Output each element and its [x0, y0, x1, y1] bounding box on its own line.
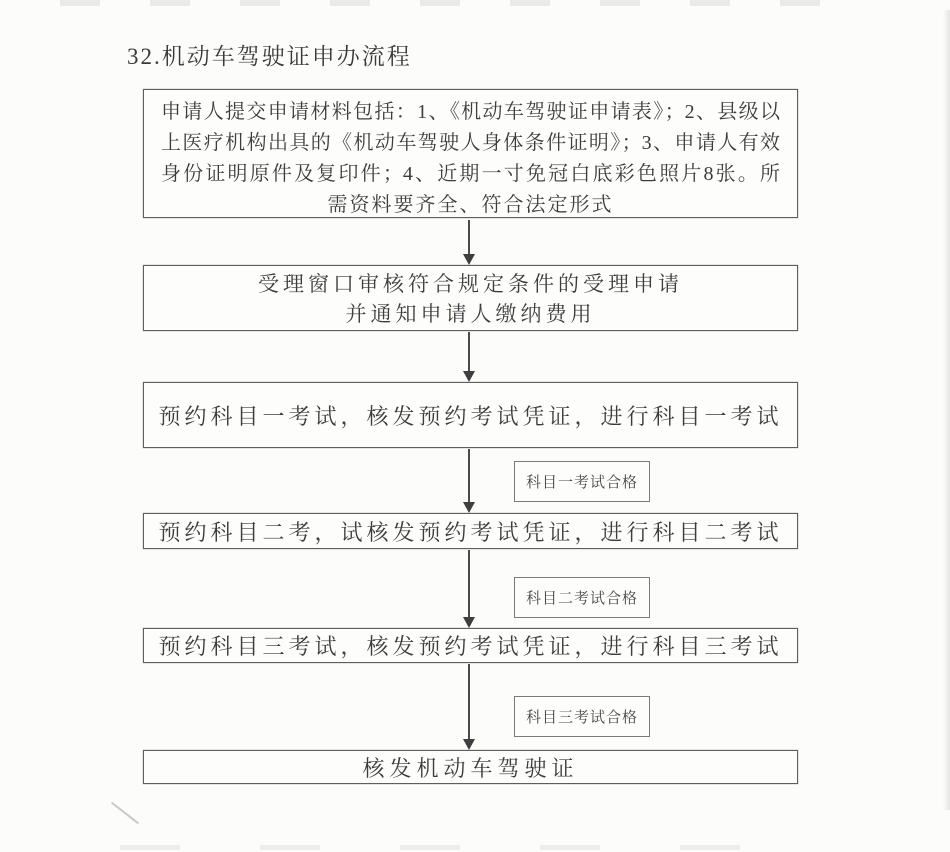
arrow-head-icon [463, 617, 475, 628]
arrow-shaft [468, 449, 470, 504]
arrow-shaft [468, 332, 470, 373]
down-arrow-4 [462, 550, 476, 628]
node-text-line: 申请人提交申请材料包括：1、《机动车驾驶证申请表》；2、县级以 [161, 97, 780, 128]
scan-artifact-bottom-edge [120, 845, 820, 850]
flow-node-application-materials: 申请人提交申请材料包括：1、《机动车驾驶证申请表》；2、县级以 上医疗机构出具的… [143, 89, 798, 218]
arrow-head-icon [463, 371, 475, 382]
node-text-line: 需资料要齐全、符合法定形式 [161, 190, 780, 221]
arrow-shaft [468, 220, 470, 256]
edge-label-subject1-pass: 科目一考试合格 [514, 461, 650, 502]
page-title: 32.机动车驾驶证申办流程 [127, 38, 412, 71]
arrow-shaft [468, 550, 470, 619]
scanned-flowchart-page: 32.机动车驾驶证申办流程 申请人提交申请材料包括：1、《机动车驾驶证申请表》；… [0, 0, 950, 852]
scan-artifact-top-edge [60, 0, 840, 6]
arrow-head-icon [463, 502, 475, 513]
node-text-line: 核发机动车驾驶证 [144, 751, 797, 783]
arrow-head-icon [463, 739, 475, 750]
node-text-line: 上医疗机构出具的《机动车驾驶人身体条件证明》；3、申请人有效 [161, 128, 780, 159]
down-arrow-2 [462, 332, 476, 382]
edge-label-subject2-pass: 科目二考试合格 [514, 577, 650, 618]
node-text-line: 预约科目一考试，核发预约考试凭证，进行科目一考试 [144, 383, 797, 447]
node-text-line: 预约科目二考，试核发预约考试凭证，进行科目二考试 [144, 514, 797, 548]
scan-artifact-right-edge [943, 10, 950, 810]
node-text-line: 预约科目三考试，核发预约考试凭证，进行科目三考试 [144, 629, 797, 662]
node-text-line: 并通知申请人缴纳费用 [144, 299, 797, 329]
down-arrow-3 [462, 449, 476, 513]
flow-node-issue-license: 核发机动车驾驶证 [143, 750, 798, 784]
down-arrow-1 [462, 220, 476, 265]
flow-node-subject2-exam: 预约科目二考，试核发预约考试凭证，进行科目二考试 [143, 513, 798, 549]
node-text-line: 身份证明原件及复印件；4、近期一寸免冠白底彩色照片8张。所 [161, 159, 780, 190]
flow-node-subject1-exam: 预约科目一考试，核发预约考试凭证，进行科目一考试 [143, 382, 798, 448]
scan-artifact-pen-mark [111, 802, 139, 825]
flow-node-subject3-exam: 预约科目三考试，核发预约考试凭证，进行科目三考试 [143, 628, 798, 663]
down-arrow-5 [462, 664, 476, 750]
node-text-line: 受理窗口审核符合规定条件的受理申请 [144, 269, 797, 299]
flow-node-acceptance-window: 受理窗口审核符合规定条件的受理申请 并通知申请人缴纳费用 [143, 265, 798, 331]
edge-label-subject3-pass: 科目三考试合格 [514, 696, 650, 737]
arrow-shaft [468, 664, 470, 741]
arrow-head-icon [463, 254, 475, 265]
